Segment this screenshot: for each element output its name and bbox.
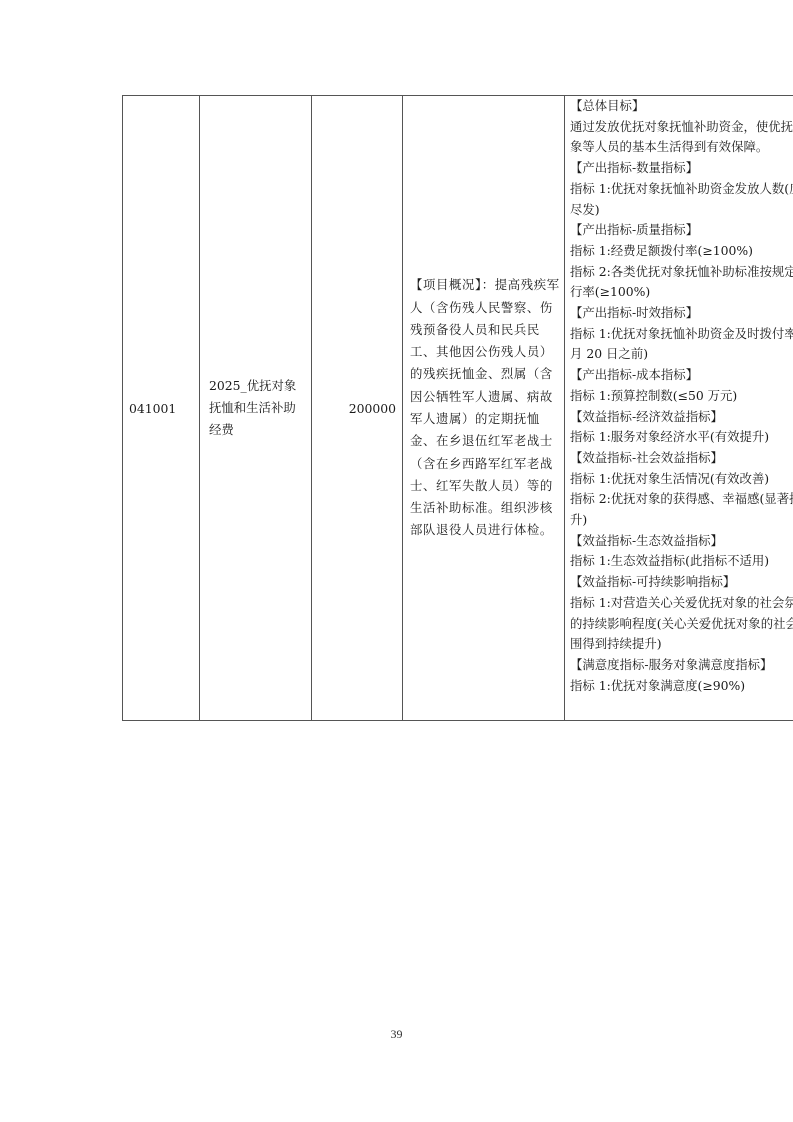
target-line: 指标 1:预算控制数(≤50 万元) bbox=[570, 386, 793, 407]
target-line: 指标 1:优抚对象抚恤补助资金及时拨付率(每月 20 日之前) bbox=[570, 324, 793, 365]
target-line: 【产出指标-数量指标】 bbox=[570, 158, 793, 179]
target-line: 【效益指标-经济效益指标】 bbox=[570, 407, 793, 428]
page-number: 39 bbox=[0, 1027, 793, 1042]
project-amount-cell: 200000 bbox=[312, 96, 403, 721]
target-line: 【产出指标-时效指标】 bbox=[570, 303, 793, 324]
project-table: 041001 2025_优抚对象抚恤和生活补助经费 200000 【项目概况】：… bbox=[122, 95, 793, 721]
target-line: 指标 1:对营造关心关爱优抚对象的社会氛围的持续影响程度(关心关爱优抚对象的社会… bbox=[570, 593, 793, 655]
table-row: 041001 2025_优抚对象抚恤和生活补助经费 200000 【项目概况】：… bbox=[123, 96, 793, 721]
target-line: 通过发放优抚对象抚恤补助资金，使优抚对象等人员的基本生活得到有效保障。 bbox=[570, 117, 793, 158]
target-line: 指标 1:优抚对象满意度(≥90%) bbox=[570, 676, 793, 697]
target-line: 【效益指标-生态效益指标】 bbox=[570, 531, 793, 552]
target-line: 指标 2:优抚对象的获得感、幸福感(显著提升) bbox=[570, 489, 793, 530]
project-code-cell: 041001 bbox=[123, 96, 200, 721]
target-line: 【总体目标】 bbox=[570, 96, 793, 117]
target-line: 【产出指标-质量指标】 bbox=[570, 220, 793, 241]
target-line: 指标 1:服务对象经济水平(有效提升) bbox=[570, 427, 793, 448]
target-line: 【效益指标-社会效益指标】 bbox=[570, 448, 793, 469]
performance-targets-cell: 【总体目标】 通过发放优抚对象抚恤补助资金，使优抚对象等人员的基本生活得到有效保… bbox=[565, 96, 793, 721]
target-line: 指标 1:生态效益指标(此指标不适用) bbox=[570, 551, 793, 572]
project-name-cell: 2025_优抚对象抚恤和生活补助经费 bbox=[200, 96, 312, 721]
target-line: 指标 1:优抚对象抚恤补助资金发放人数(应发尽发) bbox=[570, 179, 793, 220]
target-line: 【满意度指标-服务对象满意度指标】 bbox=[570, 655, 793, 676]
target-line: 指标 2:各类优抚对象抚恤补助标准按规定执行率(≥100%) bbox=[570, 262, 793, 303]
target-line: 指标 1:经费足额拨付率(≥100%) bbox=[570, 241, 793, 262]
target-line: 【产出指标-成本指标】 bbox=[570, 365, 793, 386]
project-overview-cell: 【项目概况】：提高残疾军人（含伤残人民警察、伤残预备役人员和民兵民工、其他因公伤… bbox=[403, 96, 565, 721]
target-line: 指标 1:优抚对象生活情况(有效改善) bbox=[570, 469, 793, 490]
target-line: 【效益指标-可持续影响指标】 bbox=[570, 572, 793, 593]
